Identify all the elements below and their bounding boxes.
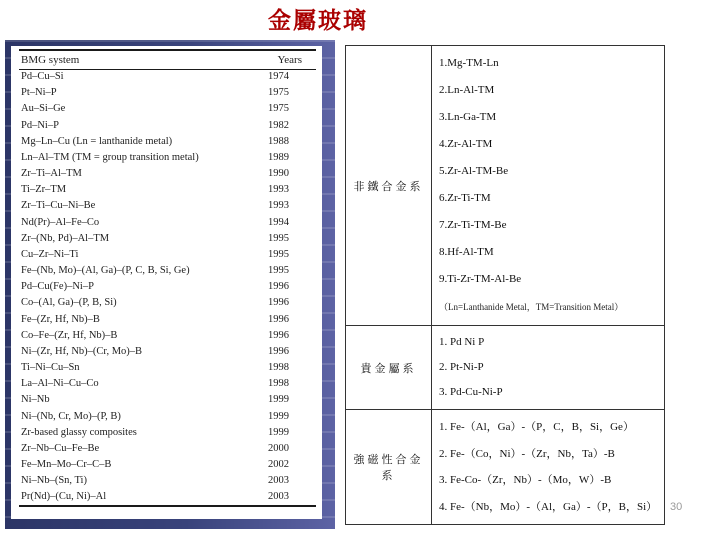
table-row: Pd–Cu(Fe)–Ni–P1996 bbox=[21, 282, 302, 293]
table-row: Mg–Ln–Cu (Ln = lanthanide metal)1988 bbox=[21, 137, 302, 148]
list-item: 9.Ti-Zr-TM-Al-Be bbox=[439, 273, 660, 285]
bmg-year: 2003 bbox=[268, 492, 302, 503]
bmg-year: 1996 bbox=[268, 331, 302, 342]
page-title: 金屬玻璃 bbox=[0, 2, 636, 35]
bmg-year: 1974 bbox=[268, 72, 302, 83]
bmg-year: 2003 bbox=[268, 476, 302, 487]
bmg-system: La–Al–Ni–Cu–Co bbox=[21, 379, 268, 390]
table-row: Ln–Al–TM (TM = group transition metal)19… bbox=[21, 153, 302, 164]
bmg-system: Pr(Nd)–(Cu, Ni)–Al bbox=[21, 492, 268, 503]
table-row: Zr–Ti–Cu–Ni–Be1993 bbox=[21, 201, 302, 212]
bmg-system: Ln–Al–TM (TM = group transition metal) bbox=[21, 153, 268, 164]
bmg-year: 1988 bbox=[268, 137, 302, 148]
table-row: Ni–(Nb, Cr, Mo)–(P, B)1999 bbox=[21, 412, 302, 423]
bmg-system: Ni–(Nb, Cr, Mo)–(P, B) bbox=[21, 412, 268, 423]
category-label: 非鐵合金系 bbox=[346, 46, 432, 325]
bmg-system: Fe–(Zr, Hf, Nb)–B bbox=[21, 315, 268, 326]
bmg-year: 1995 bbox=[268, 266, 302, 277]
bmg-system: Au–Si–Ge bbox=[21, 104, 268, 115]
table-row: Zr–Ti–Al–TM1990 bbox=[21, 169, 302, 180]
bmg-year: 1999 bbox=[268, 428, 302, 439]
bmg-header-years: Years bbox=[277, 54, 302, 66]
table-row: Fe–Mn–Mo–Cr–C–B2002 bbox=[21, 460, 302, 471]
category-label: 貴金屬系 bbox=[346, 326, 432, 409]
bmg-year: 1999 bbox=[268, 412, 302, 423]
bmg-table-image: BMG system Years Pd–Cu–Si1974Pt–Ni–P1975… bbox=[5, 40, 335, 529]
bmg-year: 1989 bbox=[268, 153, 302, 164]
legend-note: （Ln=Lanthanide Metal，TM=Transition Metal… bbox=[439, 300, 660, 313]
bmg-system: Zr–Nb–Cu–Fe–Be bbox=[21, 444, 268, 455]
table-row: Co–(Al, Ga)–(P, B, Si)1996 bbox=[21, 298, 302, 309]
bmg-system: Pd–Ni–P bbox=[21, 121, 268, 132]
bmg-year: 1999 bbox=[268, 395, 302, 406]
bmg-header-system: BMG system bbox=[21, 54, 79, 66]
bmg-table: BMG system Years Pd–Cu–Si1974Pt–Ni–P1975… bbox=[19, 49, 316, 507]
bmg-system: Cu–Zr–Ni–Ti bbox=[21, 250, 268, 261]
bmg-year: 1990 bbox=[268, 169, 302, 180]
category-items: 1.Mg-TM-Ln2.Ln-Al-TM3.Ln-Ga-TM4.Zr-Al-TM… bbox=[432, 46, 664, 325]
bmg-year: 1975 bbox=[268, 104, 302, 115]
bmg-system: Pd–Cu(Fe)–Ni–P bbox=[21, 282, 268, 293]
bmg-system: Zr–(Nb, Pd)–Al–TM bbox=[21, 234, 268, 245]
table-row: Cu–Zr–Ni–Ti1995 bbox=[21, 250, 302, 261]
list-item: 4. Fe-（Nb，Mo）-（Al，Ga）-（P，B，Si） bbox=[439, 501, 660, 513]
page-number: 30 bbox=[670, 501, 682, 513]
bmg-system: Co–(Al, Ga)–(P, B, Si) bbox=[21, 298, 268, 309]
bmg-system: Pd–Cu–Si bbox=[21, 72, 268, 83]
list-item: 7.Zr-Ti-TM-Be bbox=[439, 219, 660, 231]
bmg-system: Zr–Ti–Cu–Ni–Be bbox=[21, 201, 268, 212]
category-section: 貴金屬系1. Pd Ni P2. Pt-Ni-P3. Pd-Cu-Ni-P bbox=[346, 326, 664, 410]
list-item: 5.Zr-Al-TM-Be bbox=[439, 165, 660, 177]
table-row: Fe–(Nb, Mo)–(Al, Ga)–(P, C, B, Si, Ge)19… bbox=[21, 266, 302, 277]
list-item: 1. Fe-（Al，Ga）-（P，C，B，Si，Ge） bbox=[439, 421, 660, 433]
table-row: Au–Si–Ge1975 bbox=[21, 104, 302, 115]
table-row: Pd–Ni–P1982 bbox=[21, 121, 302, 132]
list-item: 1. Pd Ni P bbox=[439, 336, 660, 348]
bmg-year: 1996 bbox=[268, 347, 302, 358]
bmg-system: Mg–Ln–Cu (Ln = lanthanide metal) bbox=[21, 137, 268, 148]
table-row: Zr–Nb–Cu–Fe–Be2000 bbox=[21, 444, 302, 455]
list-item: 3.Ln-Ga-TM bbox=[439, 111, 660, 123]
bmg-system: Ti–Ni–Cu–Sn bbox=[21, 363, 268, 374]
bmg-system: Ni–Nb–(Sn, Ti) bbox=[21, 476, 268, 487]
table-row: Nd(Pr)–Al–Fe–Co1994 bbox=[21, 218, 302, 229]
table-row: Ni–Nb1999 bbox=[21, 395, 302, 406]
list-item: 2. Pt-Ni-P bbox=[439, 361, 660, 373]
bmg-system: Fe–(Nb, Mo)–(Al, Ga)–(P, C, B, Si, Ge) bbox=[21, 266, 268, 277]
bmg-year: 1993 bbox=[268, 185, 302, 196]
table-row: Co–Fe–(Zr, Hf, Nb)–B1996 bbox=[21, 331, 302, 342]
bmg-system: Ti–Zr–TM bbox=[21, 185, 268, 196]
bmg-system: Pt–Ni–P bbox=[21, 88, 268, 99]
bmg-year: 1975 bbox=[268, 88, 302, 99]
list-item: 2. Fe-（Co，Ni）-（Zr，Nb，Ta）-B bbox=[439, 448, 660, 460]
category-section: 非鐵合金系1.Mg-TM-Ln2.Ln-Al-TM3.Ln-Ga-TM4.Zr-… bbox=[346, 46, 664, 326]
table-row: La–Al–Ni–Cu–Co1998 bbox=[21, 379, 302, 390]
slide: 金屬玻璃 BMG system Years Pd–Cu–Si1974Pt–Ni–… bbox=[0, 0, 720, 540]
bmg-year: 1994 bbox=[268, 218, 302, 229]
table-row: Ti–Zr–TM1993 bbox=[21, 185, 302, 196]
category-section: 強磁性合金系1. Fe-（Al，Ga）-（P，C，B，Si，Ge）2. Fe-（… bbox=[346, 410, 664, 524]
category-items: 1. Fe-（Al，Ga）-（P，C，B，Si，Ge）2. Fe-（Co，Ni）… bbox=[432, 410, 664, 524]
table-row: Ti–Ni–Cu–Sn1998 bbox=[21, 363, 302, 374]
list-item: 4.Zr-Al-TM bbox=[439, 138, 660, 150]
bmg-system: Ni–Nb bbox=[21, 395, 268, 406]
list-item: 8.Hf-Al-TM bbox=[439, 246, 660, 258]
category-items: 1. Pd Ni P2. Pt-Ni-P3. Pd-Cu-Ni-P bbox=[432, 326, 664, 409]
bmg-year: 1982 bbox=[268, 121, 302, 132]
table-row: Ni–Nb–(Sn, Ti)2003 bbox=[21, 476, 302, 487]
bmg-year: 1996 bbox=[268, 315, 302, 326]
bmg-year: 1995 bbox=[268, 250, 302, 261]
bmg-table-body: Pd–Cu–Si1974Pt–Ni–P1975Au–Si–Ge1975Pd–Ni… bbox=[19, 70, 316, 505]
bmg-table-paper: BMG system Years Pd–Cu–Si1974Pt–Ni–P1975… bbox=[11, 46, 322, 519]
bmg-year: 1998 bbox=[268, 363, 302, 374]
list-item: 3. Fe-Co-（Zr，Nb）-（Mo，W）-B bbox=[439, 474, 660, 486]
bmg-system: Zr–Ti–Al–TM bbox=[21, 169, 268, 180]
category-label: 強磁性合金系 bbox=[346, 410, 432, 524]
table-row: Ni–(Zr, Hf, Nb)–(Cr, Mo)–B1996 bbox=[21, 347, 302, 358]
table-row: Zr-based glassy composites1999 bbox=[21, 428, 302, 439]
bmg-year: 1996 bbox=[268, 298, 302, 309]
bmg-year: 1993 bbox=[268, 201, 302, 212]
table-row: Pt–Ni–P1975 bbox=[21, 88, 302, 99]
list-item: 1.Mg-TM-Ln bbox=[439, 57, 660, 69]
bmg-system: Co–Fe–(Zr, Hf, Nb)–B bbox=[21, 331, 268, 342]
table-row: Pd–Cu–Si1974 bbox=[21, 72, 302, 83]
bmg-year: 2002 bbox=[268, 460, 302, 471]
bmg-system: Fe–Mn–Mo–Cr–C–B bbox=[21, 460, 268, 471]
list-item: 3. Pd-Cu-Ni-P bbox=[439, 386, 660, 398]
bmg-year: 1998 bbox=[268, 379, 302, 390]
bmg-system: Ni–(Zr, Hf, Nb)–(Cr, Mo)–B bbox=[21, 347, 268, 358]
bmg-system: Zr-based glassy composites bbox=[21, 428, 268, 439]
bmg-year: 1996 bbox=[268, 282, 302, 293]
bmg-year: 2000 bbox=[268, 444, 302, 455]
list-item: 6.Zr-Ti-TM bbox=[439, 192, 660, 204]
bmg-year: 1995 bbox=[268, 234, 302, 245]
bmg-system: Nd(Pr)–Al–Fe–Co bbox=[21, 218, 268, 229]
bmg-table-header: BMG system Years bbox=[19, 51, 316, 70]
table-row: Fe–(Zr, Hf, Nb)–B1996 bbox=[21, 315, 302, 326]
table-row: Zr–(Nb, Pd)–Al–TM1995 bbox=[21, 234, 302, 245]
category-table: 非鐵合金系1.Mg-TM-Ln2.Ln-Al-TM3.Ln-Ga-TM4.Zr-… bbox=[345, 45, 665, 525]
list-item: 2.Ln-Al-TM bbox=[439, 84, 660, 96]
table-row: Pr(Nd)–(Cu, Ni)–Al2003 bbox=[21, 492, 302, 503]
